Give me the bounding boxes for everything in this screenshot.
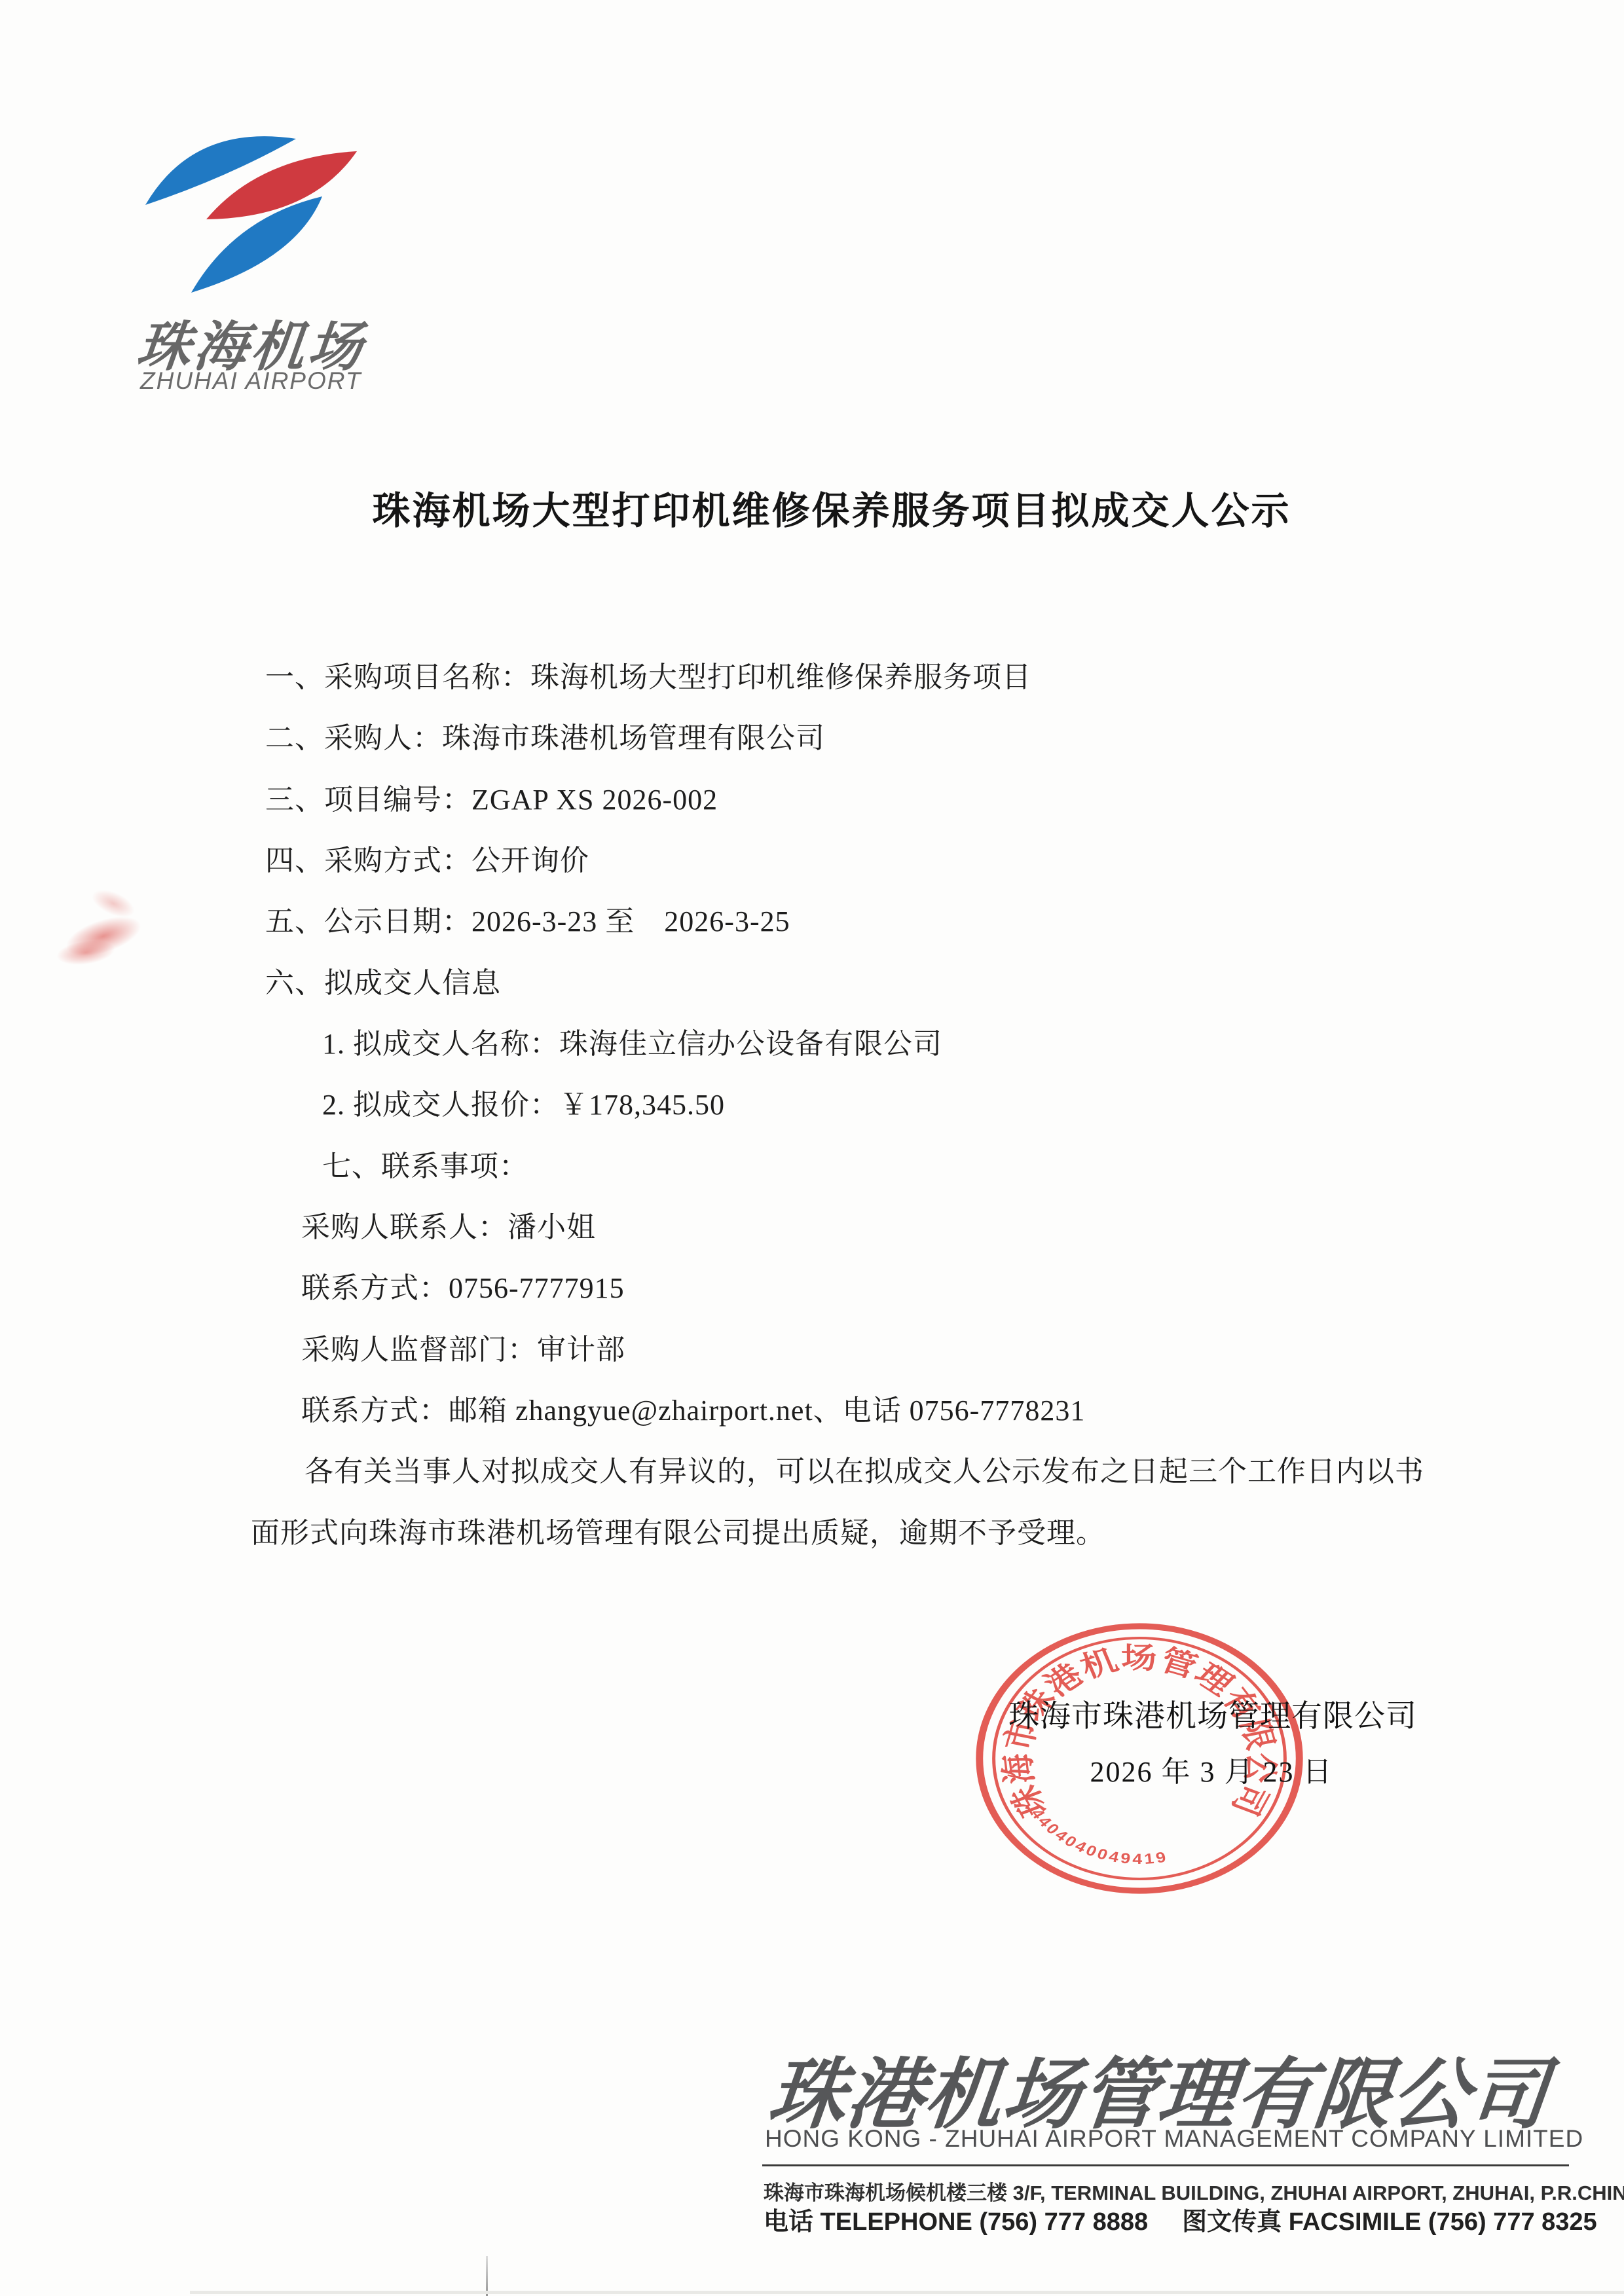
zhuhai-airport-logo: 珠海机场 ZHUHAI AIRPORT <box>131 108 406 409</box>
red-ink-smudge <box>51 881 169 972</box>
body-line: 各有关当事人对拟成交人有异议的，可以在拟成交人公示发布之日起三个工作日内以书 <box>304 1448 1424 1489</box>
seal-serial-number: 4404040049419 <box>1027 1806 1170 1868</box>
svg-text:4404040049419: 4404040049419 <box>1027 1806 1170 1868</box>
body-line: 面形式向珠海市珠港机场管理有限公司提出质疑，逾期不予受理。 <box>251 1509 1105 1551</box>
body-line: 五、公示日期：2026-3-23 至 2026-3-25 <box>265 898 790 939</box>
footer-facsimile: 图文传真 FACSIMILE (756) 777 8325 <box>1182 2208 1597 2236</box>
footer-company-name-en: HONG KONG - ZHUHAI AIRPORT MANAGEMENT CO… <box>765 2125 1583 2153</box>
body-line: 三、项目编号：ZGAP XS 2026-002 <box>265 776 718 818</box>
body-line: 六、拟成交人信息 <box>265 959 501 1001</box>
body-line: 采购人联系人：潘小姐 <box>301 1203 596 1245</box>
body-line: 采购人监督部门：审计部 <box>301 1326 625 1368</box>
signature-date: 2026 年 3 月 23 日 <box>1008 1748 1414 1790</box>
body-line: 1. 拟成交人名称：珠海佳立信办公设备有限公司 <box>322 1020 942 1062</box>
body-line: 联系方式：0756-7777915 <box>301 1264 625 1306</box>
footer-divider <box>762 2164 1569 2166</box>
body-line: 七、联系事项： <box>322 1142 528 1184</box>
footer-telephone: 电话 TELEPHONE (756) 777 8888 <box>764 2208 1148 2236</box>
page-title: 珠海机场大型打印机维修保养服务项目拟成交人公示 <box>0 480 1624 535</box>
body-line: 一、采购项目名称：珠海机场大型打印机维修保养服务项目 <box>265 653 1031 695</box>
scan-streak-artifact <box>486 2256 488 2296</box>
footer-contact-line: 电话 TELEPHONE (756) 777 8888图文传真 FACSIMIL… <box>764 2201 1597 2237</box>
logo-name-en: ZHUHAI AIRPORT <box>140 367 361 395</box>
signature-company: 珠海市珠港机场管理有限公司 <box>1008 1692 1414 1736</box>
airport-swoosh-icon <box>131 108 406 304</box>
body-line: 2. 拟成交人报价：￥178,345.50 <box>322 1081 725 1123</box>
document-page: 珠海机场 ZHUHAI AIRPORT 珠海机场大型打印机维修保养服务项目拟成交… <box>0 0 1624 2296</box>
scan-bottom-edge <box>190 2291 1624 2294</box>
body-line: 联系方式：邮箱 zhangyue@zhairport.net、电话 0756-7… <box>301 1387 1085 1429</box>
body-line: 二、采购人：珠海市珠港机场管理有限公司 <box>265 714 825 756</box>
body-line: 四、采购方式：公开询价 <box>265 837 589 879</box>
